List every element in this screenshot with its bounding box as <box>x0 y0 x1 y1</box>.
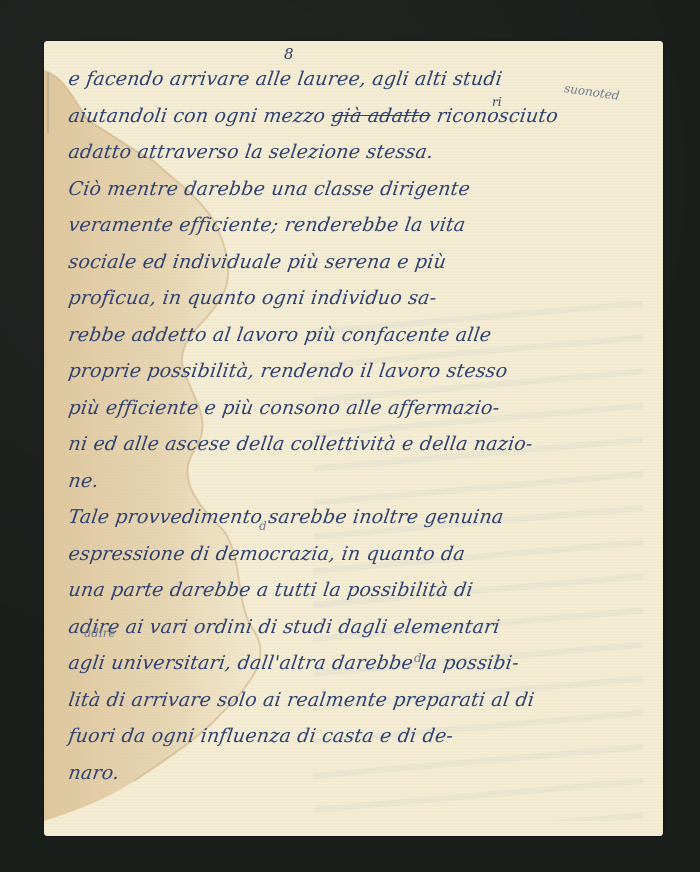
line-text: più efficiente e più consono alle afferm… <box>67 397 501 419</box>
text-line-3: adatto attraverso la selezione stessa. <box>66 134 661 171</box>
text-line-9: proprie possibilità, rendendo il lavoro … <box>66 353 661 390</box>
text-line-19: fuori da ogni influenza di casta e di de… <box>66 718 661 755</box>
line-text: adatto attraverso la selezione stessa. <box>67 141 435 163</box>
line-text: veramente efficiente; renderebbe la vita <box>67 214 467 236</box>
line-text: sociale ed individuale più serena e più <box>67 251 448 273</box>
superscript-insertion: ri <box>492 95 502 109</box>
line-text: rebbe addetto al lavoro più confacente a… <box>67 324 493 346</box>
text-line-12: ne. <box>66 463 661 500</box>
margin-mark <box>47 73 49 133</box>
line-text: aiutandoli con ogni mezzo <box>67 105 327 127</box>
text-line-10: più efficiente e più consono alle afferm… <box>66 390 661 427</box>
text-line-14: espressione di democrazia, in quanto da <box>66 536 661 573</box>
line-text: Ciò mentre darebbe una classe dirigente <box>67 178 472 200</box>
line-text: naro. <box>67 762 121 784</box>
text-line-13: Tale provvedimento sarebbe inoltre genui… <box>66 499 661 536</box>
line-text: ne. <box>67 470 100 492</box>
pencil-correction-d2: d <box>414 651 422 665</box>
pencil-correction-adire: adire <box>84 626 116 640</box>
text-line-18: lità di arrivare solo ai realmente prepa… <box>66 682 661 719</box>
text-line-7: proficua, in quanto ogni individuo sa- <box>66 280 661 317</box>
text-line-8: rebbe addetto al lavoro più confacente a… <box>66 317 661 354</box>
text-line-20: naro. <box>66 755 661 792</box>
text-line-17: agli universitari, dall'altra darebbe la… <box>66 645 661 682</box>
text-line-2: aiutandoli con ogni mezzo già adatto ric… <box>66 98 661 135</box>
text-line-15: una parte darebbe a tutti la possibilità… <box>66 572 661 609</box>
text-line-6: sociale ed individuale più serena e più <box>66 244 661 281</box>
line-text: agli universitari, dall'altra darebbe la… <box>67 652 520 674</box>
line-text: adire ai vari ordini di studi dagli elem… <box>67 616 501 638</box>
text-line-4: Ciò mentre darebbe una classe dirigente <box>66 171 661 208</box>
struck-text: già adatto <box>330 105 432 127</box>
line-text: e facendo arrivare alle lauree, agli alt… <box>67 68 504 90</box>
line-text: lità di arrivare solo ai realmente prepa… <box>67 689 536 711</box>
line-text: Tale provvedimento sarebbe inoltre genui… <box>67 506 505 528</box>
text-line-16: adire ai vari ordini di studi dagli elem… <box>66 609 661 646</box>
line-text: proprie possibilità, rendendo il lavoro … <box>67 360 509 382</box>
line-text: una parte darebbe a tutti la possibilità… <box>67 579 474 601</box>
text-line-5: veramente efficiente; renderebbe la vita <box>66 207 661 244</box>
pencil-correction-d: d <box>259 519 267 533</box>
line-text: fuori da ogni influenza di casta e di de… <box>67 725 455 747</box>
line-text: ni ed alle ascese della collettività e d… <box>67 433 534 455</box>
line-text: proficua, in quanto ogni individuo sa- <box>67 287 438 309</box>
text-line-11: ni ed alle ascese della collettività e d… <box>66 426 661 463</box>
manuscript-page: 8 e facendo arrivare alle lauree, agli a… <box>44 41 663 836</box>
manuscript-text: e facendo arrivare alle lauree, agli alt… <box>66 61 656 791</box>
line-text: espressione di democrazia, in quanto da <box>67 543 467 565</box>
